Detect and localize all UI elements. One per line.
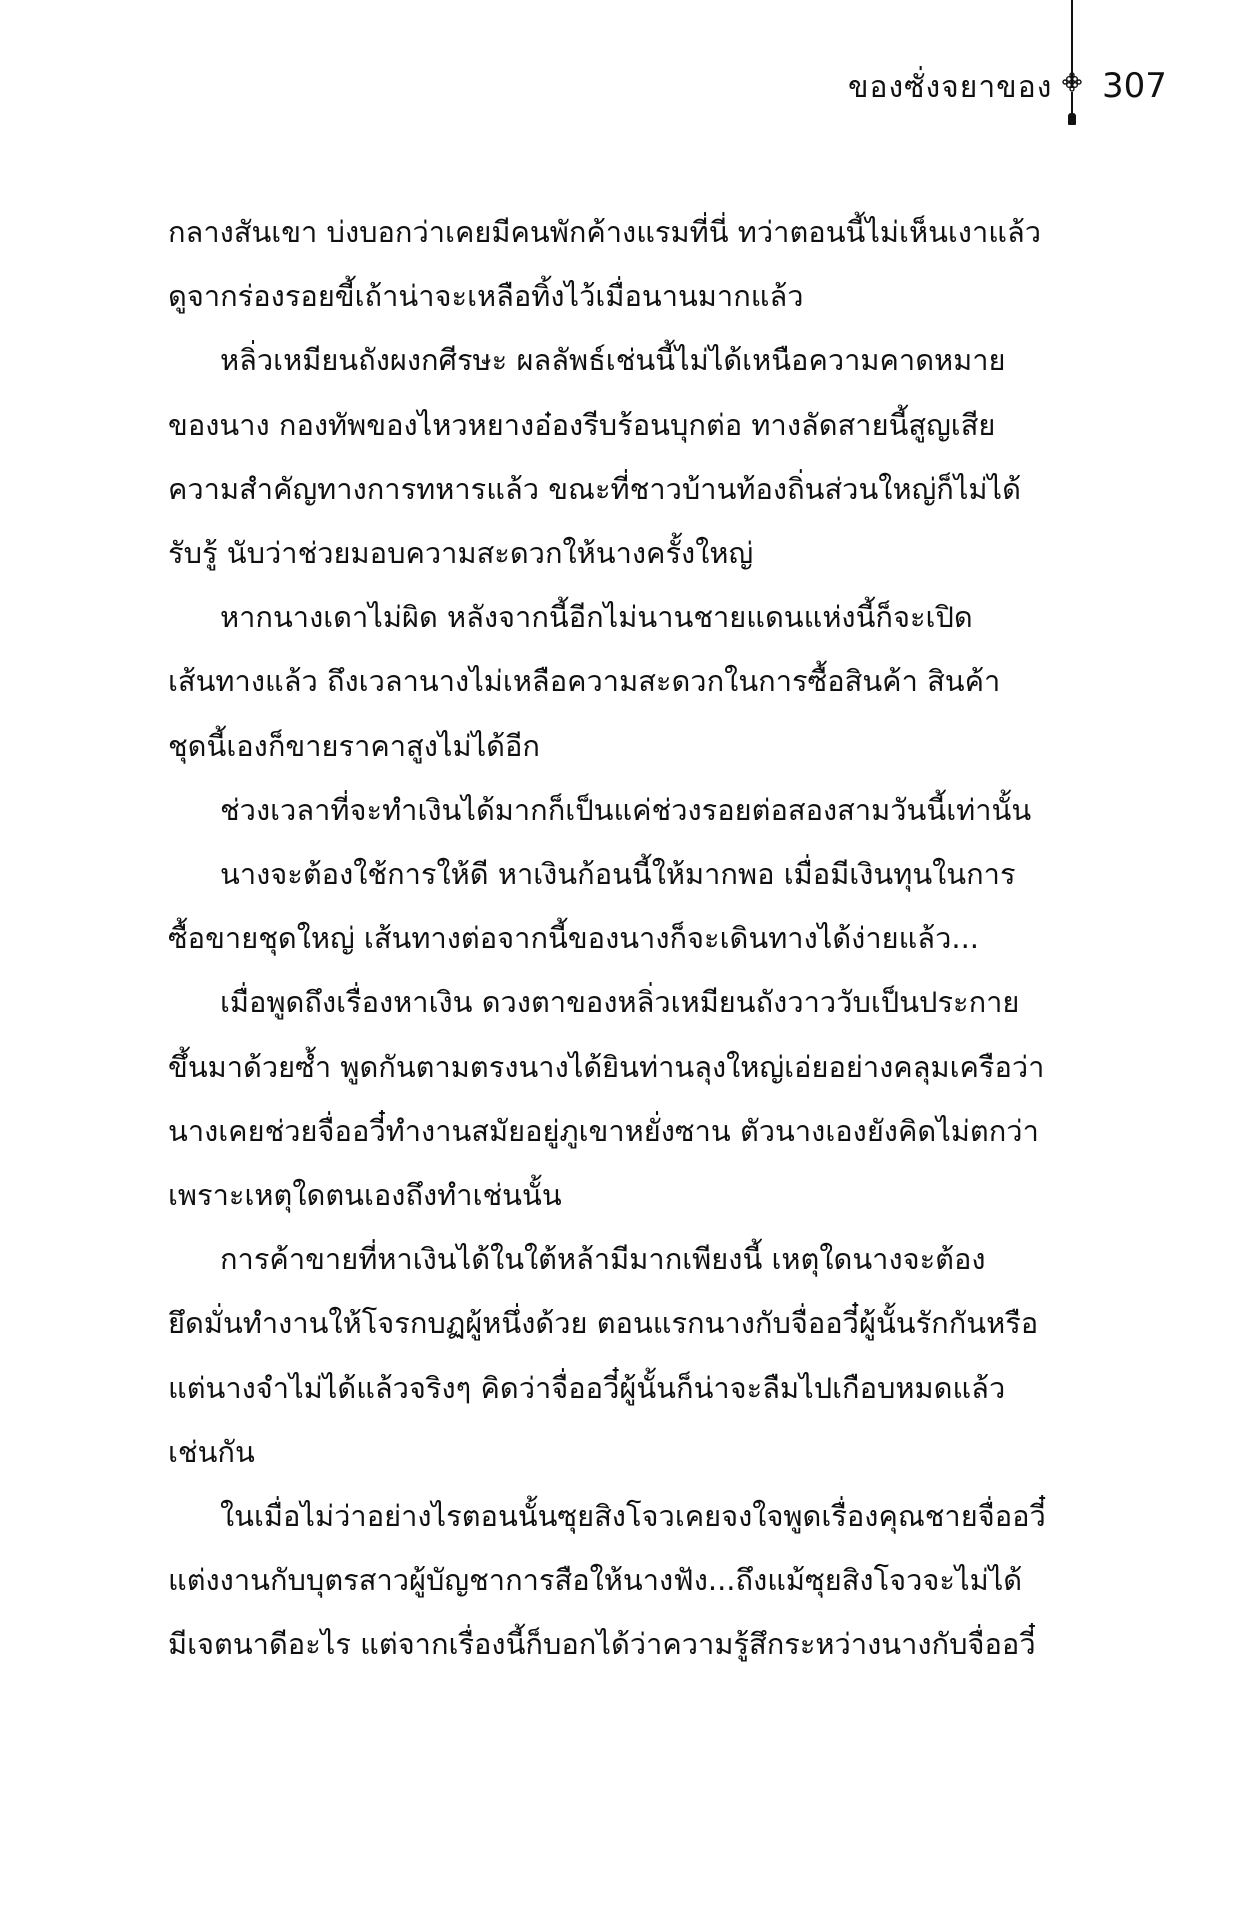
text-line: นางจะต้องใช้การให้ดี หาเงินก้อนนี้ให้มาก… xyxy=(168,842,908,906)
body-text: กลางสันเขา บ่งบอกว่าเคยมีคนพักค้างแรมที่… xyxy=(168,200,908,1677)
paragraph: การค้าขายที่หาเงินได้ในใต้หล้ามีมากเพียง… xyxy=(168,1227,908,1484)
text-line: นางเคยช่วยจื่ออวี๋ทำงานสมัยอยู่ภูเขาหยั่… xyxy=(168,1099,908,1163)
text-line: รับรู้ นับว่าช่วยมอบความสะดวกให้นางครั้ง… xyxy=(168,521,908,585)
text-line: แต่นางจำไม่ได้แล้วจริงๆ คิดว่าจื่ออวี๋ผู… xyxy=(168,1356,908,1420)
text-line: ช่วงเวลาที่จะทำเงินได้มากก็เป็นแค่ช่วงรอ… xyxy=(168,778,908,842)
text-line: หากนางเดาไม่ผิด หลังจากนี้อีกไม่นานชายแด… xyxy=(168,585,908,649)
text-line: ซื้อขายชุดใหญ่ เส้นทางต่อจากนี้ของนางก็จ… xyxy=(168,906,908,970)
text-line: ดูจากร่องรอยขี้เถ้าน่าจะเหลือทิ้งไว้เมื่… xyxy=(168,264,908,328)
text-line: หลิ่วเหมียนถังผงกศีรษะ ผลลัพธ์เช่นนี้ไม่… xyxy=(168,328,908,392)
text-line: เมื่อพูดถึงเรื่องหาเงิน ดวงตาของหลิ่วเหม… xyxy=(168,970,908,1034)
paragraph: เมื่อพูดถึงเรื่องหาเงิน ดวงตาของหลิ่วเหม… xyxy=(168,970,908,1227)
running-title: ของซั่งจยาของ xyxy=(848,70,1052,106)
paragraph: ในเมื่อไม่ว่าอย่างไรตอนนั้นซุยสิงโจวเคยจ… xyxy=(168,1484,908,1677)
text-line: การค้าขายที่หาเงินได้ในใต้หล้ามีมากเพียง… xyxy=(168,1227,908,1291)
paragraph: ช่วงเวลาที่จะทำเงินได้มากก็เป็นแค่ช่วงรอ… xyxy=(168,778,908,842)
tassel-icon xyxy=(1068,113,1076,125)
text-line: เพราะเหตุใดตนเองถึงทำเช่นนั้น xyxy=(168,1163,908,1227)
text-line: ในเมื่อไม่ว่าอย่างไรตอนนั้นซุยสิงโจวเคยจ… xyxy=(168,1484,908,1548)
chinese-knot-icon xyxy=(1062,72,1082,92)
text-line: ความสำคัญทางการทหารแล้ว ขณะที่ชาวบ้านท้อ… xyxy=(168,457,908,521)
text-line: เช่นกัน xyxy=(168,1420,908,1484)
paragraph: กลางสันเขา บ่งบอกว่าเคยมีคนพักค้างแรมที่… xyxy=(168,200,908,328)
text-line: ยึดมั่นทำงานให้โจรกบฏผู้หนึ่งด้วย ตอนแรก… xyxy=(168,1291,908,1355)
text-line: กลางสันเขา บ่งบอกว่าเคยมีคนพักค้างแรมที่… xyxy=(168,200,908,264)
ornament-tassel-cord xyxy=(1071,92,1073,114)
text-line: ของนาง กองทัพของไหวหยางอ๋องรีบร้อนบุกต่อ… xyxy=(168,393,908,457)
text-line: เส้นทางแล้ว ถึงเวลานางไม่เหลือความสะดวกใ… xyxy=(168,649,908,713)
text-line: ขึ้นมาด้วยซ้ำ พูดกันตามตรงนางได้ยินท่านล… xyxy=(168,1035,908,1099)
paragraph: หลิ่วเหมียนถังผงกศีรษะ ผลลัพธ์เช่นนี้ไม่… xyxy=(168,328,908,585)
text-line: ชุดนี้เองก็ขายราคาสูงไม่ได้อีก xyxy=(168,714,908,778)
paragraph: หากนางเดาไม่ผิด หลังจากนี้อีกไม่นานชายแด… xyxy=(168,585,908,778)
text-line: แต่งงานกับบุตรสาวผู้บัญชาการสือให้นางฟัง… xyxy=(168,1548,908,1612)
text-line: มีเจตนาดีอะไร แต่จากเรื่องนี้ก็บอกได้ว่า… xyxy=(168,1612,908,1676)
paragraph: นางจะต้องใช้การให้ดี หาเงินก้อนนี้ให้มาก… xyxy=(168,842,908,970)
page-number: 307 xyxy=(1102,66,1167,106)
